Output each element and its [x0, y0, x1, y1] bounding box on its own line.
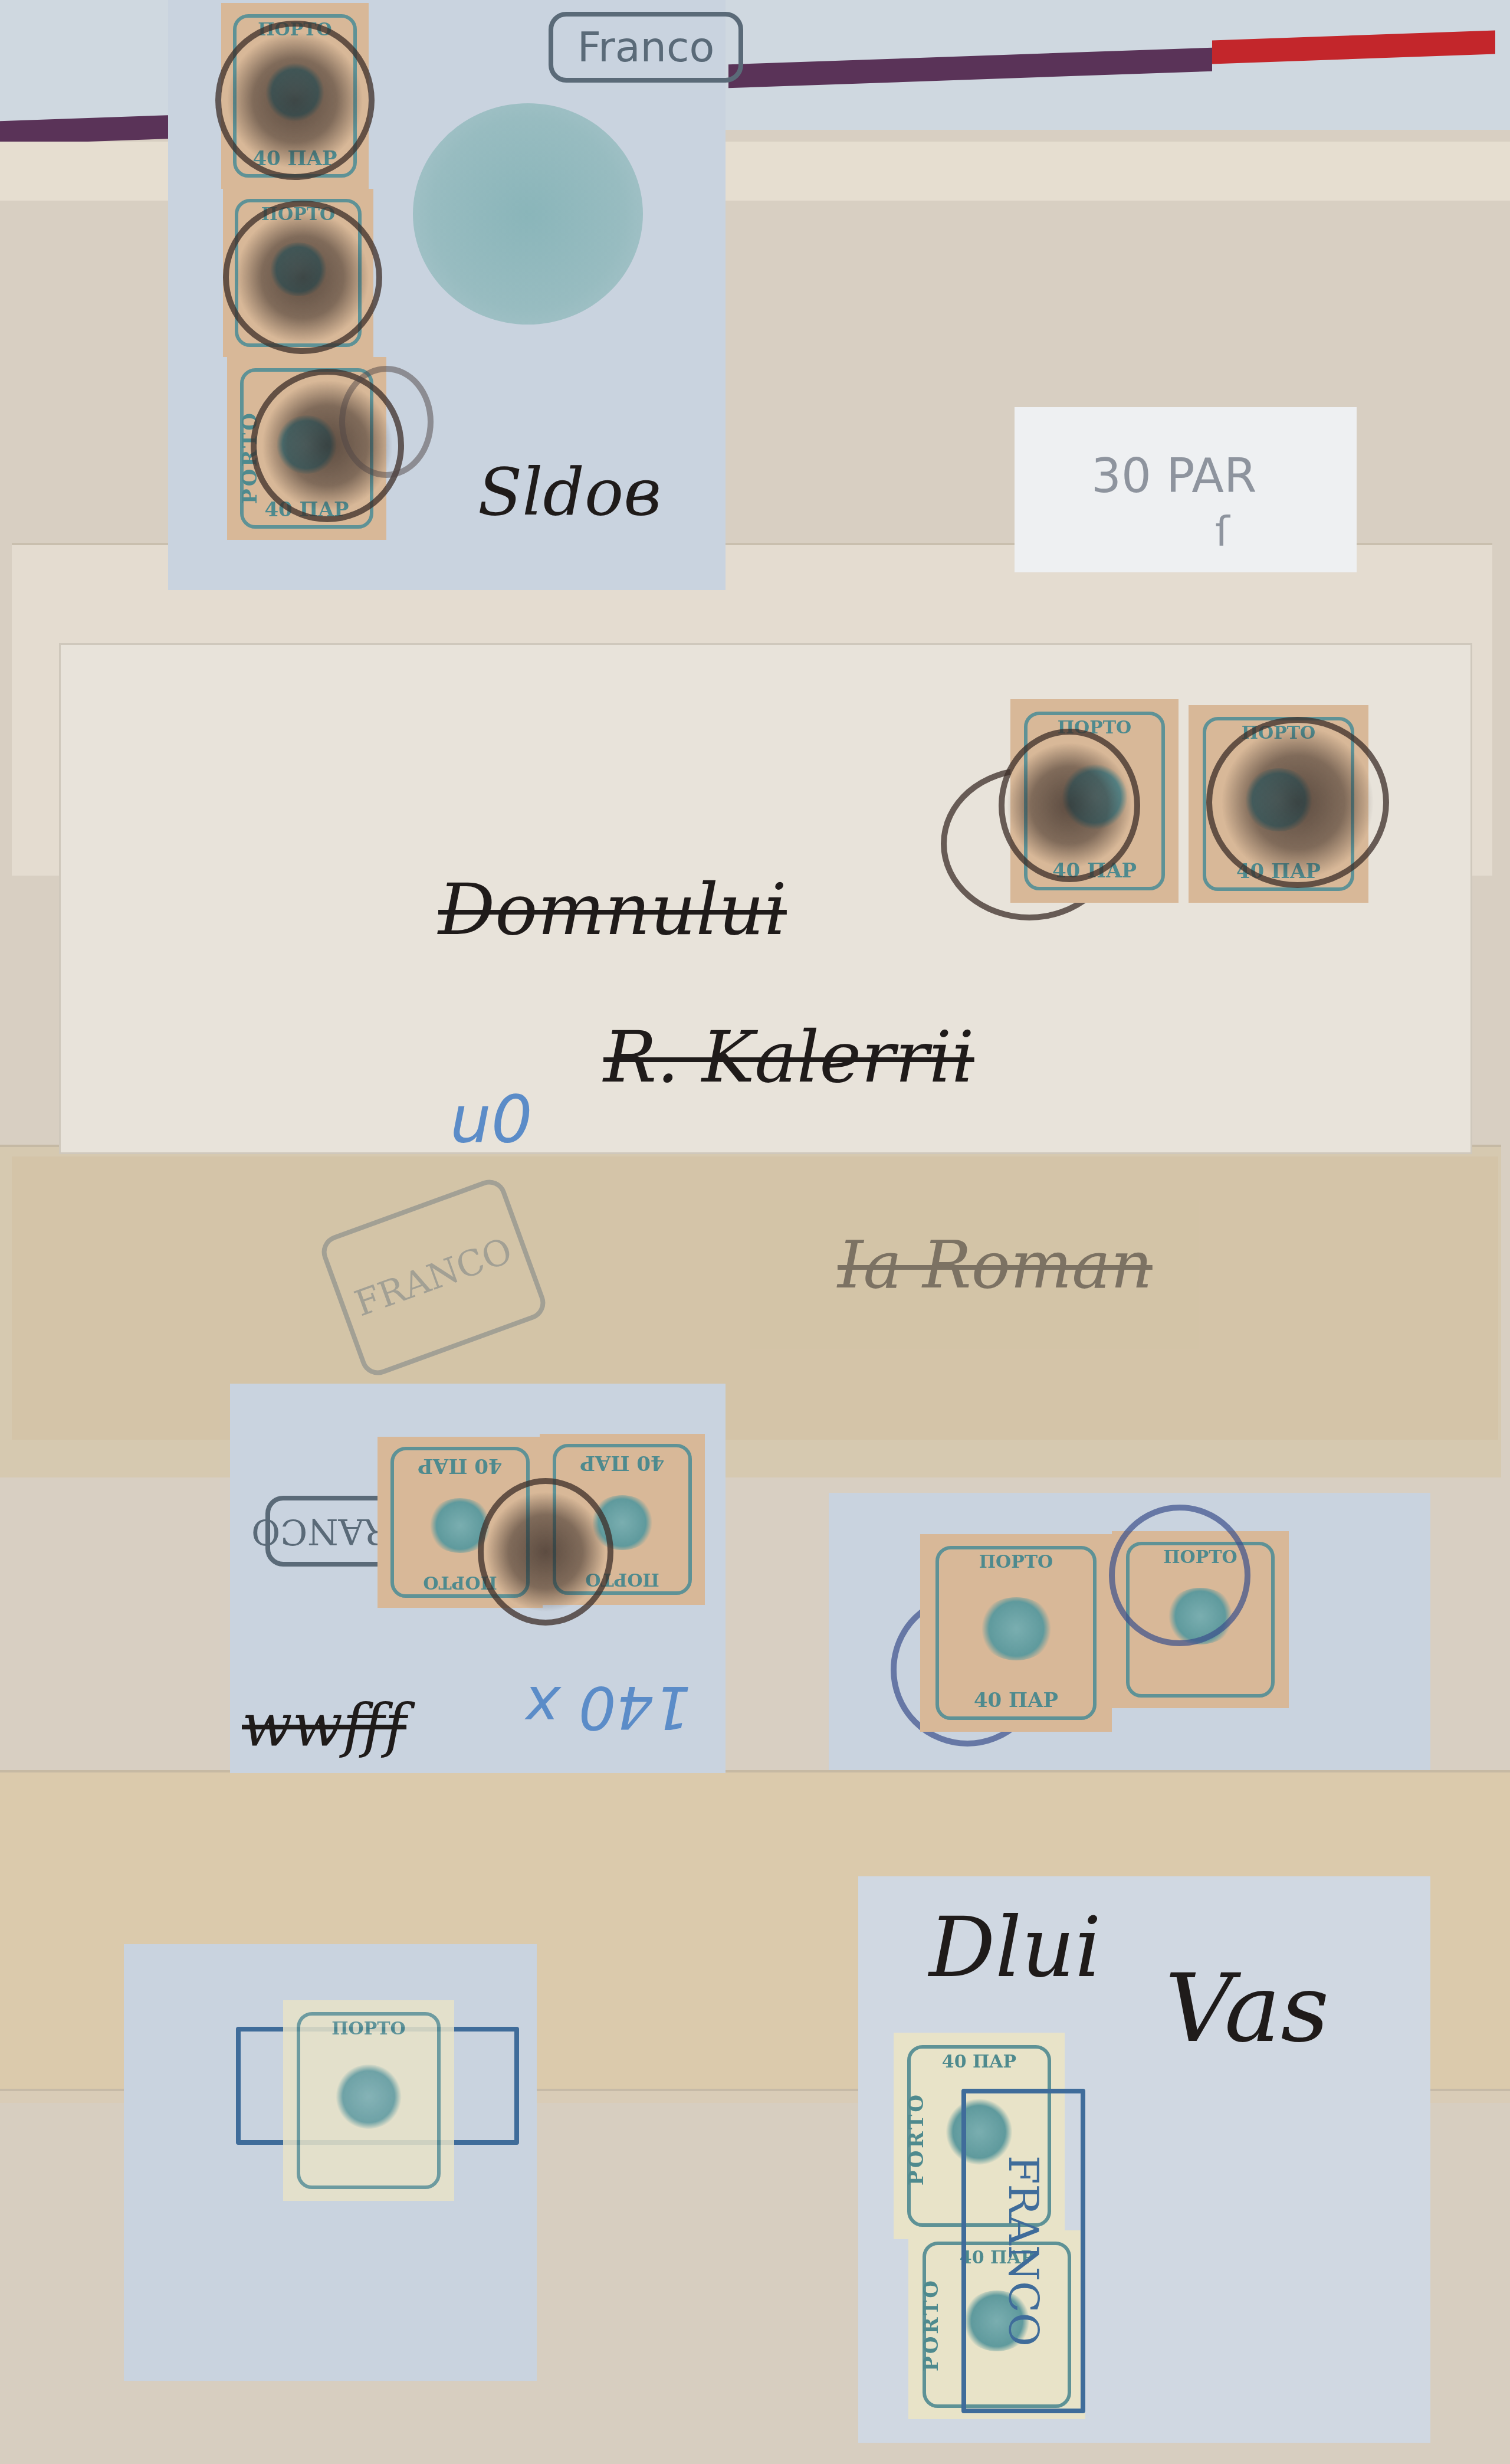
franco-postmark: FRANCO — [317, 1175, 550, 1380]
wax-seal-impression — [413, 103, 643, 325]
postmark-cancel — [1206, 717, 1389, 888]
postmark-cancel — [215, 21, 375, 180]
stamp: ΠOPTO — [223, 189, 373, 357]
address: Ia Roman — [838, 1227, 1153, 1303]
address-line-1: Dlui — [929, 1900, 1101, 1996]
postmark-cancel — [339, 366, 434, 478]
signature: Ѕldoв — [478, 454, 661, 530]
postmark-cancel — [1109, 1505, 1250, 1646]
postmark-cancel — [478, 1478, 613, 1626]
note-card: 30 PAR ſ — [1015, 407, 1357, 572]
postmark-cancel — [999, 729, 1140, 882]
crossed-address: wwfff — [242, 1690, 406, 1759]
postmark-cancel — [223, 201, 382, 354]
pencil-note: 140 x — [525, 1673, 691, 1742]
note-label: 30 PAR — [1091, 448, 1257, 503]
stamp: ΠOPTO 40 ΠAP — [920, 1534, 1112, 1732]
address-line-2: R. Kalerrii — [603, 1017, 974, 1099]
address-line-1: Domnului — [438, 869, 787, 951]
stamp: ΠOPTO — [283, 2000, 454, 2201]
pencil-note: u0 — [450, 1082, 533, 1157]
stamp: ΠOPTO 40 ΠAP — [221, 3, 369, 189]
franco-postmark: Franco — [549, 12, 743, 83]
franco-postmark: FRANCO — [961, 2089, 1085, 2413]
address-line-2: Vas — [1165, 1953, 1329, 2063]
note-mark: ſ — [1215, 507, 1230, 556]
stamp: ΠOPTO 40 ΠAP — [1189, 705, 1368, 903]
stamp: ΠOPTO 40 ΠAP — [1010, 699, 1179, 903]
